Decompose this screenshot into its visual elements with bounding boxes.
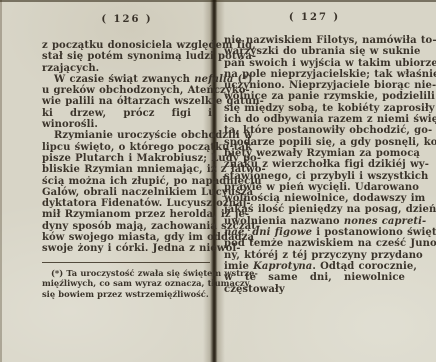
text-line: (*) Ta uroczystość zwała się świętem wst… xyxy=(42,268,212,279)
page-right: ( 127 ) nie nazwiskiem Filotys, namówiła… xyxy=(224,12,405,295)
text-line: dyny sposób mają, zachowania szcząt- xyxy=(42,221,212,232)
text-line: ny, któréj z téj przyczyny przydano xyxy=(224,250,405,261)
text-line: bliskie Rzymian mniemając, iż z łatwo- xyxy=(42,164,212,175)
text-line: pisze Plutarch i Makrobiusz; Ludy po- xyxy=(42,153,212,164)
text-line: imie Kaprotyna. Odtąd corocznie, xyxy=(224,261,405,272)
scan-left-edge xyxy=(0,0,2,362)
left-page-text: z początku donosiciela względem fig,stał… xyxy=(42,40,212,255)
text-line: warzyszki do ubrania się w suknie xyxy=(224,46,405,57)
text-line: ta, które postanowiły obchodzić, go- xyxy=(224,125,405,136)
text-line: na pole nieprzyjacielskie; tak właśnie xyxy=(224,69,405,80)
text-line: mięźliwych, co sam wyraz oznacza, tłumac… xyxy=(42,278,212,289)
text-line: z początku donosiciela względem fig, xyxy=(42,40,212,51)
right-page-text: nie nazwiskiem Filotys, namówiła to-warz… xyxy=(224,35,405,295)
text-line: mił Rzymianom przez herolda, iż je- xyxy=(42,209,212,220)
text-line: wolnice za panie rzymskie, podzielili xyxy=(224,91,405,102)
text-line: stał się potém synonimą ludzi potwa- xyxy=(42,51,212,62)
page-number-right: ( 127 ) xyxy=(224,12,405,23)
text-line: w te same dni, niewolnice częstowały xyxy=(224,272,405,295)
text-line: ścią można ich złupić, po napadnięciu xyxy=(42,176,212,187)
text-line: spodarze popili się, a gdy posnęli, ko- xyxy=(224,137,405,148)
text-line: nae, dni figowe i postanowiono święto xyxy=(224,227,405,238)
text-line: się bowiem przez wstrzemięźliwość. xyxy=(42,289,212,300)
text-line: Rzymianie uroczyście obchodzili w xyxy=(42,130,212,141)
text-line: Galów, obrali naczelnikiem Lucyusza xyxy=(42,187,212,198)
text-line: wolnością niewolnice, dodawszy im xyxy=(224,193,405,204)
text-line: ki drzew, prócz figi i winorośli. xyxy=(42,108,212,131)
text-line: uwolnienia nazwano nones capreti- xyxy=(224,216,405,227)
text-line: lipcu święto, o którego początku tak xyxy=(42,142,212,153)
text-line: W czasie świąt zwanych nefalia (*) xyxy=(42,74,212,85)
text-line: wie palili na ółtarzach wszelkie gatun- xyxy=(42,96,212,107)
text-line: swoje żony i córki. Jedna z niewol- xyxy=(42,243,212,254)
text-line: ich do odbywania razem z niemi świę- xyxy=(224,114,405,125)
text-line: dyktatora Fidenatów. Lucyusz oznaj- xyxy=(42,198,212,209)
text-line: jakąś ilość pieniędzy na posag, dzień xyxy=(224,204,405,215)
text-line: pań swoich i wyjścia w takim ubiorze xyxy=(224,58,405,69)
text-line: pod temże nazwiskiem na cześć Juno- xyxy=(224,238,405,249)
page-left: ( 126 ) z początku donosiciela względem … xyxy=(42,14,212,300)
text-line: uczyniono. Nieprzyjaciele biorąc nie- xyxy=(224,80,405,91)
text-line: znaku z wierzchołka figi dzikiéj wy- xyxy=(224,159,405,170)
text-line: prawie w pień wycięli. Udarowano xyxy=(224,182,405,193)
footnote-text: (*) Ta uroczystość zwała się świętem wst… xyxy=(42,268,212,300)
book-scan: ( 126 ) z początku donosiciela względem … xyxy=(0,0,436,362)
text-line: ków swojego miasta, gdy im oddadzą xyxy=(42,232,212,243)
text-line: biéty wezwały Rzymian za pomocą xyxy=(224,148,405,159)
text-line: się między sobą, te kobiéty zaprosiły xyxy=(224,103,405,114)
text-line: stawionego, ci przybyli i wszystkich xyxy=(224,171,405,182)
text-line: rzających. xyxy=(42,63,212,74)
page-number-left: ( 126 ) xyxy=(42,14,212,25)
text-line: u greków obchodzonych, Ateńczyko- xyxy=(42,85,212,96)
footnote-separator xyxy=(42,262,210,263)
text-line: nie nazwiskiem Filotys, namówiła to- xyxy=(224,35,405,46)
